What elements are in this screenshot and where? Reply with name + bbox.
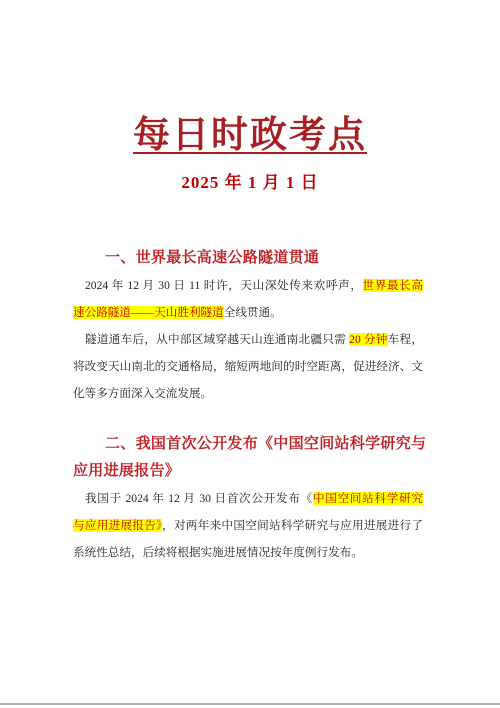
page-date: 2025 年 1 月 1 日 xyxy=(0,171,500,195)
highlighted-text: 速公路隧道——天山胜利隧道 xyxy=(73,306,224,319)
body-line: 我国于 2024 年 12 月 30 日首次公开发布《中国空间站科学研究 xyxy=(73,485,423,512)
highlighted-text: 20 分钟 xyxy=(349,333,388,346)
body-line: 系统性总结，后续将根据实施进展情况按年度例行发布。 xyxy=(73,539,423,566)
highlighted-text: 中国空间站科学研究 xyxy=(313,492,423,505)
highlighted-text: 世界最长高 xyxy=(363,279,423,292)
section-heading-line: 二、我国首次公开发布《中国空间站科学研究与 xyxy=(73,431,423,458)
body-line: 2024 年 12 月 30 日 11 时许，天山深处传来欢呼声，世界最长高 xyxy=(73,272,423,299)
page-title-text: 每日时政考点 xyxy=(133,115,367,156)
body-text-run: 将改变天山南北的交通格局，缩短两地间的时空距离，促进经济、文 xyxy=(73,360,423,373)
section-heading: 一、世界最长高速公路隧道贯通 xyxy=(73,245,423,272)
page-bottom-edge xyxy=(0,703,500,705)
body-text-run: 我国于 2024 年 12 月 30 日首次公开发布《 xyxy=(85,492,313,505)
section-heading-line: 应用进展报告》 xyxy=(73,458,423,485)
section-heading: 二、我国首次公开发布《中国空间站科学研究与应用进展报告》 xyxy=(73,431,423,485)
body-line: 隧道通车后，从中部区域穿越天山连通南北疆只需 20 分钟车程， xyxy=(73,326,423,353)
highlighted-text: 与应用进展报告》 xyxy=(73,519,162,532)
section-heading-line: 一、世界最长高速公路隧道贯通 xyxy=(73,245,423,272)
page-title: 每日时政考点 xyxy=(0,112,500,160)
paragraph: 隧道通车后，从中部区域穿越天山连通南北疆只需 20 分钟车程，将改变天山南北的交… xyxy=(73,326,423,407)
body-line: 将改变天山南北的交通格局，缩短两地间的时空距离，促进经济、文 xyxy=(73,353,423,380)
body-text-run: 化等多方面深入交流发展。 xyxy=(73,387,212,400)
body-line: 化等多方面深入交流发展。 xyxy=(73,380,423,407)
paragraph: 我国于 2024 年 12 月 30 日首次公开发布《中国空间站科学研究与应用进… xyxy=(73,485,423,566)
body-text-run: 隧道通车后，从中部区域穿越天山连通南北疆只需 xyxy=(85,333,349,346)
body-text-run: 系统性总结，后续将根据实施进展情况按年度例行发布。 xyxy=(73,546,363,559)
body-line: 与应用进展报告》，对两年来中国空间站科学研究与应用进展进行了 xyxy=(73,512,423,539)
sections-root: 一、世界最长高速公路隧道贯通2024 年 12 月 30 日 11 时许，天山深… xyxy=(73,245,423,566)
paragraph: 2024 年 12 月 30 日 11 时许，天山深处传来欢呼声，世界最长高速公… xyxy=(73,272,423,326)
body-text-run: ，对两年来中国空间站科学研究与应用进展进行了 xyxy=(162,519,423,532)
body-text-run: 全线贯通。 xyxy=(224,306,282,319)
document-body: 一、世界最长高速公路隧道贯通2024 年 12 月 30 日 11 时许，天山深… xyxy=(0,245,423,566)
document-page: 每日时政考点 2025 年 1 月 1 日 一、世界最长高速公路隧道贯通2024… xyxy=(0,0,500,708)
body-text-run: 2024 年 12 月 30 日 11 时许，天山深处传来欢呼声， xyxy=(85,279,363,292)
body-line: 速公路隧道——天山胜利隧道全线贯通。 xyxy=(73,299,423,326)
body-text-run: 车程， xyxy=(388,333,423,346)
